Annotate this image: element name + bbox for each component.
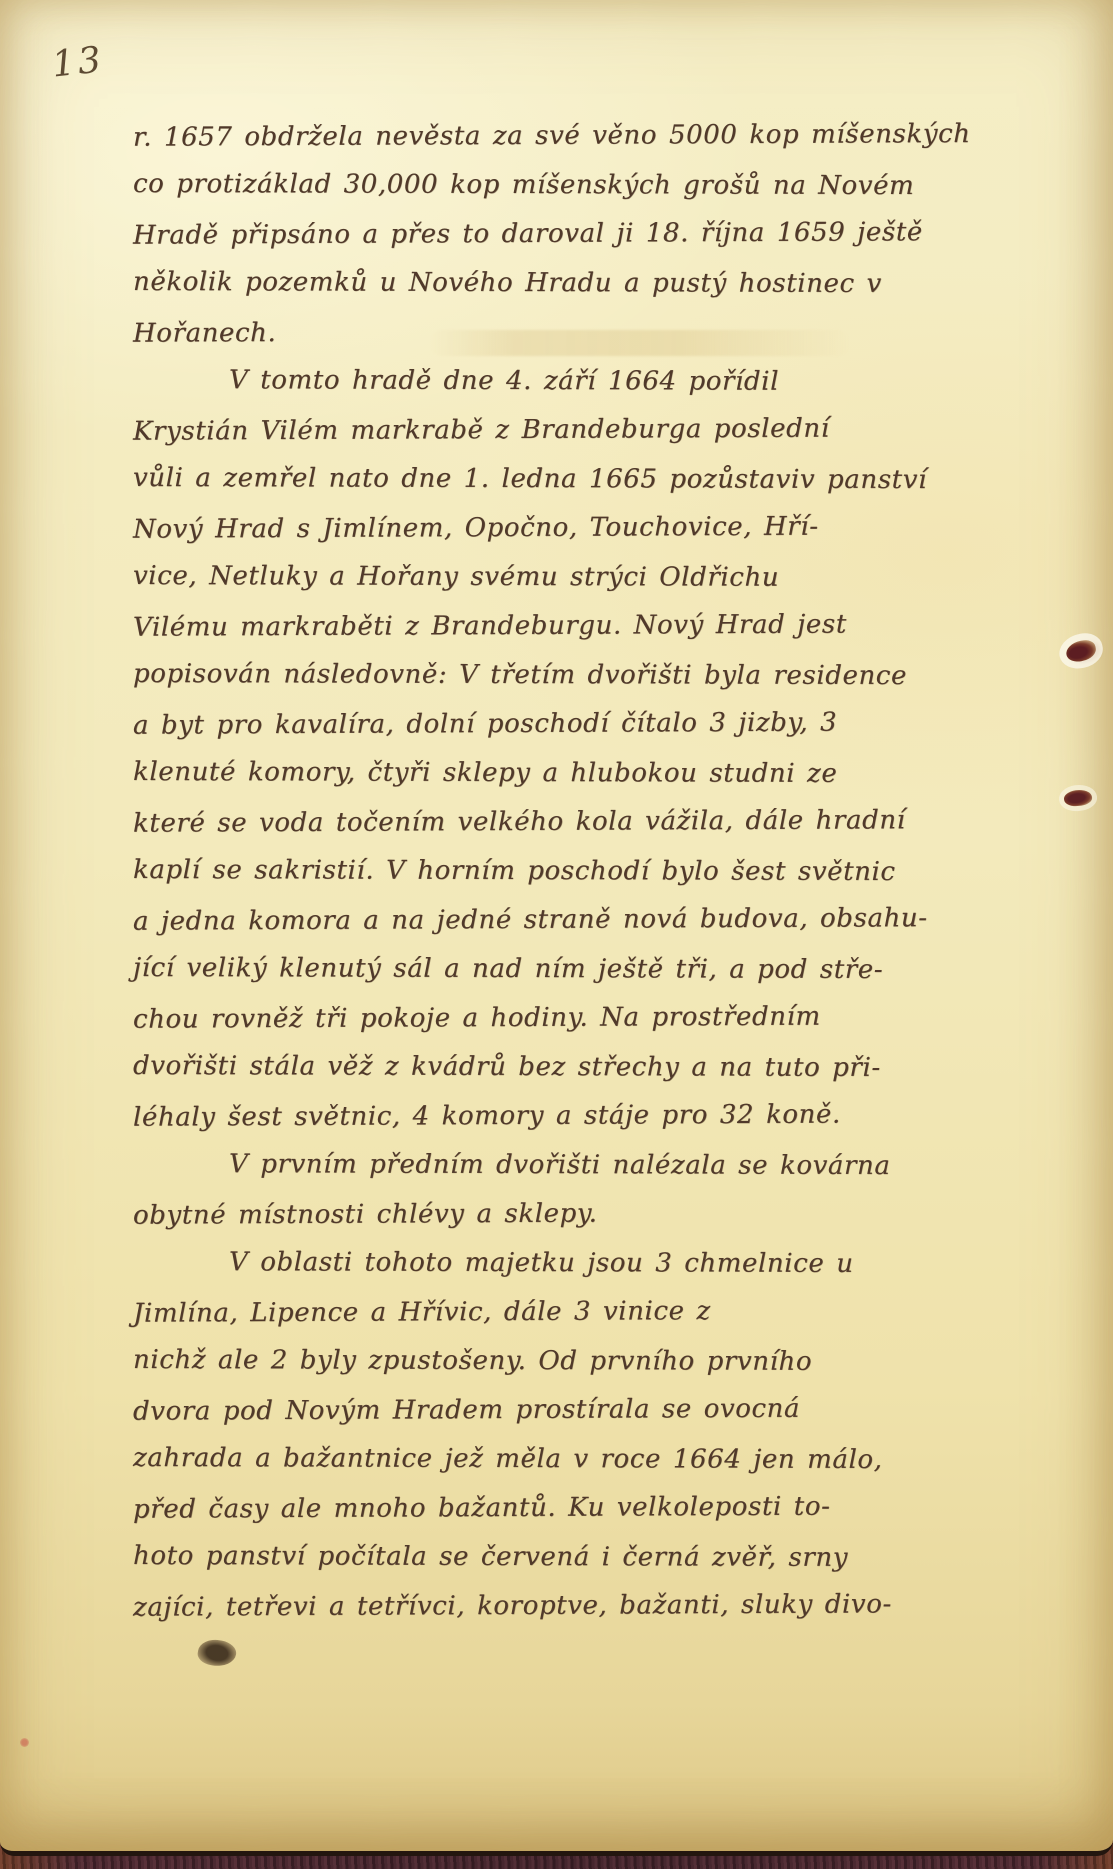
manuscript-line: Jimlína, Lipence a Hřívic, dále 3 vinice… bbox=[133, 1286, 893, 1338]
manuscript-line: r. 1657 obdržela nevěsta za své věno 500… bbox=[133, 110, 893, 162]
manuscript-line: vůli a zemřel nato dne 1. ledna 1665 poz… bbox=[133, 454, 893, 505]
manuscript-line: V tomto hradě dne 4. září 1664 pořídil bbox=[133, 356, 893, 407]
wax-seal-stain bbox=[1064, 638, 1098, 664]
manuscript-line: před časy ale mnoho bažantů. Ku velkolep… bbox=[133, 1482, 893, 1534]
manuscript-line: dvořišti stála věž z kvádrů bez střechy … bbox=[133, 1042, 893, 1093]
wax-seal-stain bbox=[1063, 788, 1093, 808]
handwritten-text-block: r. 1657 obdržela nevěsta za své věno 500… bbox=[133, 112, 893, 1631]
manuscript-line: nichž ale 2 byly zpustošeny. Od prvního … bbox=[133, 1336, 893, 1387]
scanned-book-page: 13 r. 1657 obdržela nevěsta za své věno … bbox=[0, 0, 1113, 1869]
manuscript-line: Hradě připsáno a přes to daroval ji 18. … bbox=[133, 208, 893, 260]
manuscript-line: klenuté komory, čtyři sklepy a hlubokou … bbox=[133, 748, 893, 799]
manuscript-line: co protizáklad 30,000 kop míšenských gro… bbox=[133, 160, 893, 211]
ink-blot-stain bbox=[196, 1637, 238, 1669]
manuscript-line: V oblasti tohoto majetku jsou 3 chmelnic… bbox=[133, 1238, 893, 1289]
paper-spot bbox=[20, 1738, 29, 1747]
manuscript-line: kaplí se sakristií. V horním poschodí by… bbox=[133, 846, 893, 897]
manuscript-line: dvora pod Novým Hradem prostírala se ovo… bbox=[133, 1384, 893, 1436]
manuscript-line: a byt pro kavalíra, dolní poschodí čítal… bbox=[133, 698, 893, 750]
manuscript-paper: 13 r. 1657 obdržela nevěsta za své věno … bbox=[0, 0, 1113, 1856]
manuscript-line: obytné místnosti chlévy a sklepy. bbox=[133, 1188, 893, 1240]
manuscript-line: Vilému markraběti z Brandeburgu. Nový Hr… bbox=[133, 600, 893, 652]
manuscript-line: Nový Hrad s Jimlínem, Opočno, Touchovice… bbox=[133, 502, 893, 554]
manuscript-line: jící veliký klenutý sál a nad ním ještě … bbox=[133, 944, 893, 995]
manuscript-line: Krystián Vilém markrabě z Brandeburga po… bbox=[133, 404, 893, 456]
manuscript-line: zahrada a bažantnice jež měla v roce 166… bbox=[133, 1434, 893, 1485]
manuscript-line: hoto panství počítala se červená i černá… bbox=[133, 1532, 893, 1583]
manuscript-line: vice, Netluky a Hořany svému strýci Oldř… bbox=[133, 552, 893, 603]
manuscript-line: Hořanech. bbox=[133, 306, 893, 358]
manuscript-line: zajíci, tetřevi a tetřívci, koroptve, ba… bbox=[133, 1580, 893, 1632]
page-number: 13 bbox=[50, 39, 106, 85]
manuscript-line: chou rovněž tři pokoje a hodiny. Na pros… bbox=[133, 992, 893, 1044]
manuscript-line: popisován následovně: V třetím dvořišti … bbox=[133, 650, 893, 701]
manuscript-line: léhaly šest světnic, 4 komory a stáje pr… bbox=[133, 1090, 893, 1142]
manuscript-line: V prvním předním dvořišti nalézala se ko… bbox=[133, 1140, 893, 1191]
manuscript-line: několik pozemků u Nového Hradu a pustý h… bbox=[133, 258, 893, 309]
manuscript-line: které se voda točením velkého kola vážil… bbox=[133, 796, 893, 848]
manuscript-line: a jedna komora a na jedné straně nová bu… bbox=[133, 894, 893, 946]
